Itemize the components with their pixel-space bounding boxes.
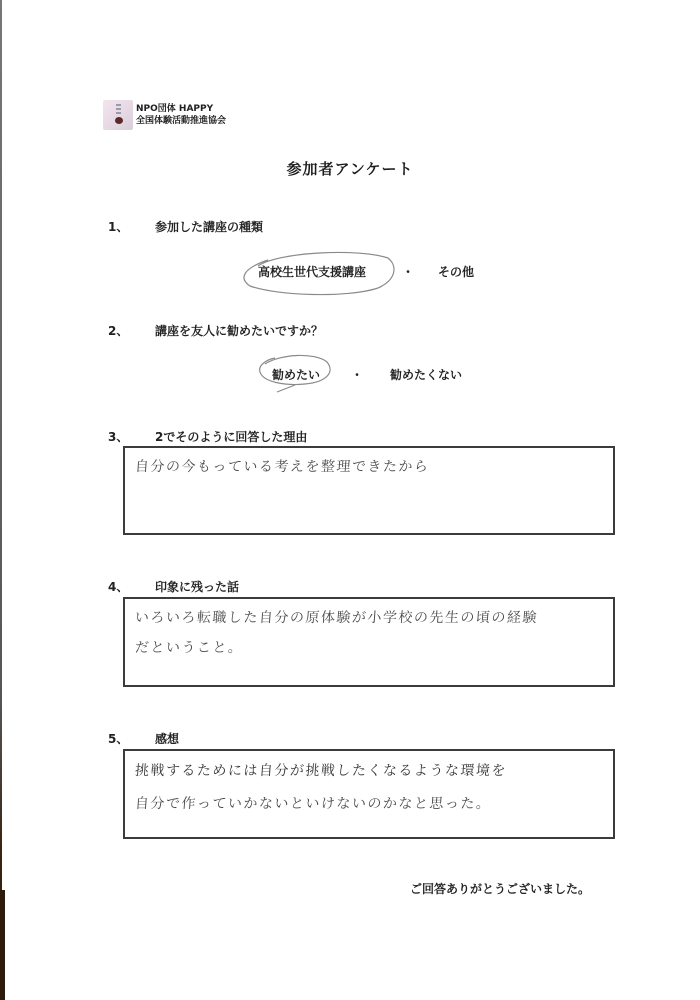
question-3-number: 3、 [108,428,128,445]
question-5-number: 5、 [108,730,128,747]
question-4-number: 4、 [108,578,128,595]
question-3-answer-line-1: 自分の今もっている考えを整理できたから [134,456,430,476]
thank-you-message: ご回答ありがとうございました。 [410,880,590,897]
question-5-text: 感想 [155,730,179,747]
page-title: 参加者アンケート [0,158,700,179]
question-3-answer-box[interactable]: 自分の今もっている考えを整理できたから [123,446,615,535]
organization-name: NPO団体 HAPPY 全国体験活動推進協会 [136,103,226,127]
question-3-text: 2でそのように回答した理由 [155,428,307,445]
question-5-answer-line-2: 自分で作っていかないといけないのかなと思った。 [134,793,492,813]
page-edge-shadow [0,0,2,1000]
organization-logo-icon [103,100,133,130]
question-2-separator: ・ [351,366,363,383]
question-4-answer-line-1: いろいろ転職した自分の原体験が小学校の先生の頃の経験 [134,607,538,627]
organization-line-2: 全国体験活動推進協会 [136,115,226,127]
question-4-text: 印象に残った話 [155,578,239,595]
question-2-text: 講座を友人に勧めたいですか？ [155,322,323,339]
question-1-number: 1、 [108,218,128,235]
logo-strip [116,104,121,116]
question-1-option-other[interactable]: その他 [438,263,474,280]
question-4-answer-line-2: だということ。 [134,637,244,657]
question-1-separator: ・ [402,263,414,280]
question-5-answer-box[interactable]: 挑戦するためには自分が挑戦したくなるような環境を 自分で作っていかないといけない… [123,749,615,839]
question-5-answer-line-1: 挑戦するためには自分が挑戦したくなるような環境を [134,760,507,780]
question-2-number: 2、 [108,322,128,339]
question-1-option-selected[interactable]: 高校生世代支援講座 [258,263,366,280]
question-2-option-selected[interactable]: 勧めたい [272,366,320,383]
page-edge-shadow-bottom [0,890,5,1000]
question-1-text: 参加した講座の種類 [155,218,263,235]
organization-line-1: NPO団体 HAPPY [136,103,226,115]
question-4-answer-box[interactable]: いろいろ転職した自分の原体験が小学校の先生の頃の経験 だということ。 [123,597,615,687]
logo-dot [115,117,123,124]
question-2-option-no[interactable]: 勧めたくない [390,366,462,383]
